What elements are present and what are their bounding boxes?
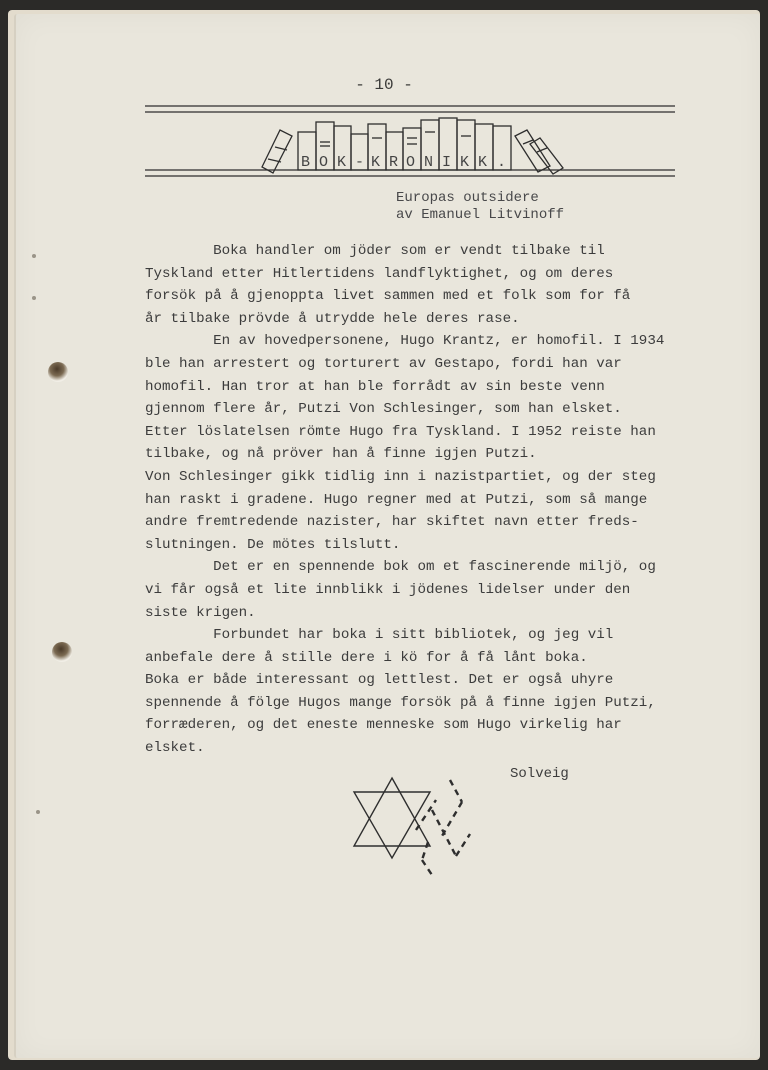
text-line: Boka er både interessant og lettlest. De… [145,669,705,692]
svg-text:N: N [424,154,433,171]
text-line: elsket. [145,737,705,760]
book-info: Europas outsidereav Emanuel Litvinoff [396,190,564,224]
punch-hole [48,362,68,382]
svg-text:K: K [478,154,487,171]
svg-text:K: K [371,154,380,171]
punch-hole [52,642,72,662]
text-line: tilbake, og nå pröver han å finne igjen … [145,443,705,466]
signature: Solveig [510,766,569,782]
text-line: siste krigen. [145,602,705,625]
text-line: Forbundet har boka i sitt bibliotek, og … [145,624,705,647]
text-line: En av hovedpersonene, Hugo Krantz, er ho… [145,330,705,353]
text-line: forsök på å gjenoppta livet sammen med e… [145,285,705,308]
text-line: Tyskland etter Hitlertidens landflyktigh… [145,263,705,286]
svg-text:R: R [389,154,398,171]
bok-kronikk-banner: BOK -KR ONI KK. [145,104,675,184]
review-body: Boka handler om jöder som er vendt tilba… [145,240,705,760]
page-number: - 10 - [0,76,768,94]
svg-text:.: . [497,154,506,171]
svg-text:O: O [406,154,415,171]
text-line: Boka handler om jöder som er vendt tilba… [145,240,705,263]
text-line: homofil. Han tror at han ble forrådt av … [145,376,705,399]
text-line: gjennom flere år, Putzi Von Schlesinger,… [145,398,705,421]
svg-text:B: B [301,154,310,171]
book-author: av Emanuel Litvinoff [396,207,564,224]
svg-text:K: K [460,154,469,171]
text-line: Etter löslatelsen römte Hugo fra Tysklan… [145,421,705,444]
punch-mark [32,254,36,258]
text-line: spennende å fölge Hugos mange forsök på … [145,692,705,715]
text-line: vi får også et lite innblikk i jödenes l… [145,579,705,602]
star-of-david-icon [352,774,492,884]
svg-text:K: K [337,154,346,171]
punch-mark [32,296,36,300]
text-line: forræderen, og det eneste menneske som H… [145,714,705,737]
text-line: Det er en spennende bok om et fascineren… [145,556,705,579]
text-line: år tilbake prövde å utrydde hele deres r… [145,308,705,331]
star-and-swastika-illustration [352,774,492,884]
svg-text:I: I [442,154,451,171]
bookshelf-illustration-icon: BOK -KR ONI KK. [145,104,675,184]
dashed-swastika-icon [416,780,470,878]
text-line: Von Schlesinger gikk tidlig inn i nazist… [145,466,705,489]
text-line: slutningen. De mötes tilslutt. [145,534,705,557]
svg-text:O: O [319,154,328,171]
text-line: ble han arrestert og torturert av Gestap… [145,353,705,376]
text-line: han raskt i gradene. Hugo regner med at … [145,489,705,512]
text-line: anbefale dere å stille dere i kö for å f… [145,647,705,670]
text-line: andre fremtredende nazister, har skiftet… [145,511,705,534]
punch-mark [36,810,40,814]
svg-text:-: - [355,154,364,171]
book-title: Europas outsidere [396,190,564,207]
